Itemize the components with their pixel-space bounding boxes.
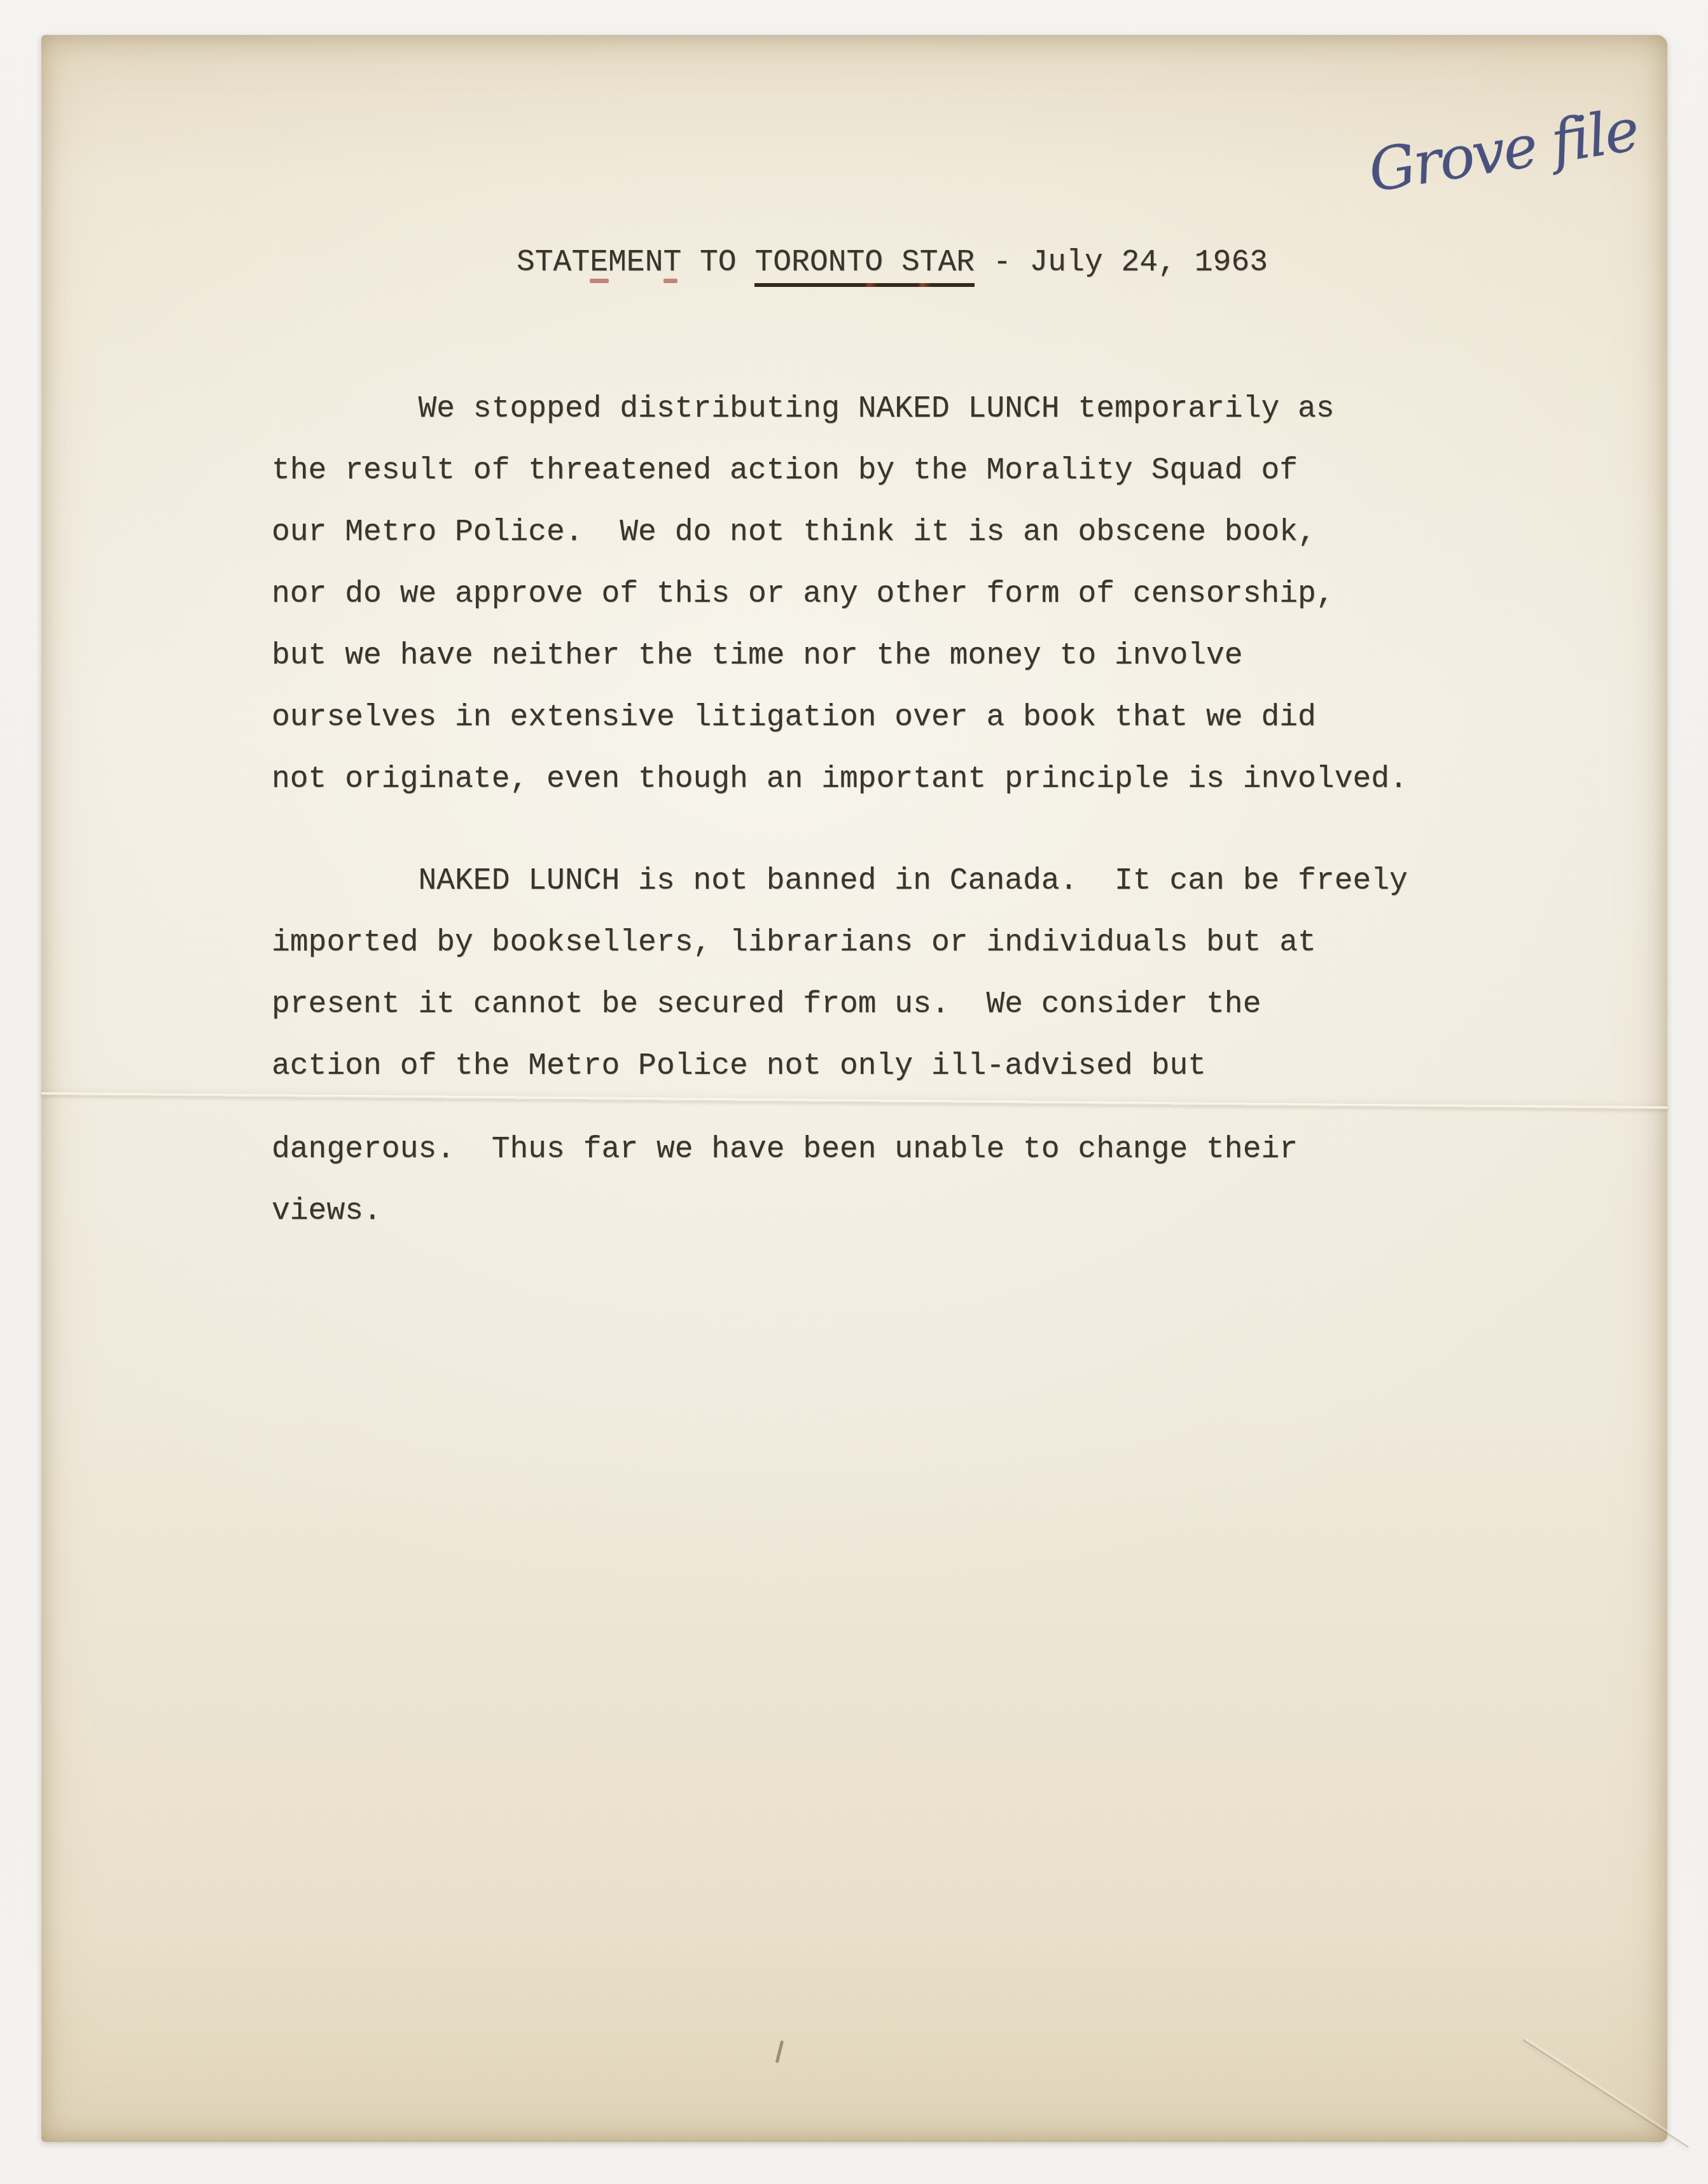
title-date: - July 24, 1963 (975, 246, 1268, 280)
bottom-center-crease-mark (775, 2040, 784, 2063)
document-title: STATEMENT TO TORONTO STAR - July 24, 196… (517, 245, 1268, 281)
paragraph-1: We stopped distributing NAKED LUNCH temp… (272, 379, 1408, 810)
title-text: STATEMENT TO (517, 246, 754, 280)
handwritten-annotation: Grove file (1364, 95, 1642, 205)
document-page: Grove file STATEMENT TO TORONTO STAR - J… (41, 35, 1667, 2142)
title-underlined-text: TORONTO STAR (754, 246, 975, 287)
scan-background: Grove file STATEMENT TO TORONTO STAR - J… (0, 0, 1708, 2184)
paragraph-2-continued: dangerous. Thus far we have been unable … (272, 1119, 1298, 1242)
red-ribbon-artifact (590, 279, 609, 283)
red-ribbon-artifact (663, 279, 677, 283)
paragraph-2: NAKED LUNCH is not banned in Canada. It … (272, 851, 1408, 1097)
bottom-right-corner-crease (1522, 2039, 1689, 2148)
